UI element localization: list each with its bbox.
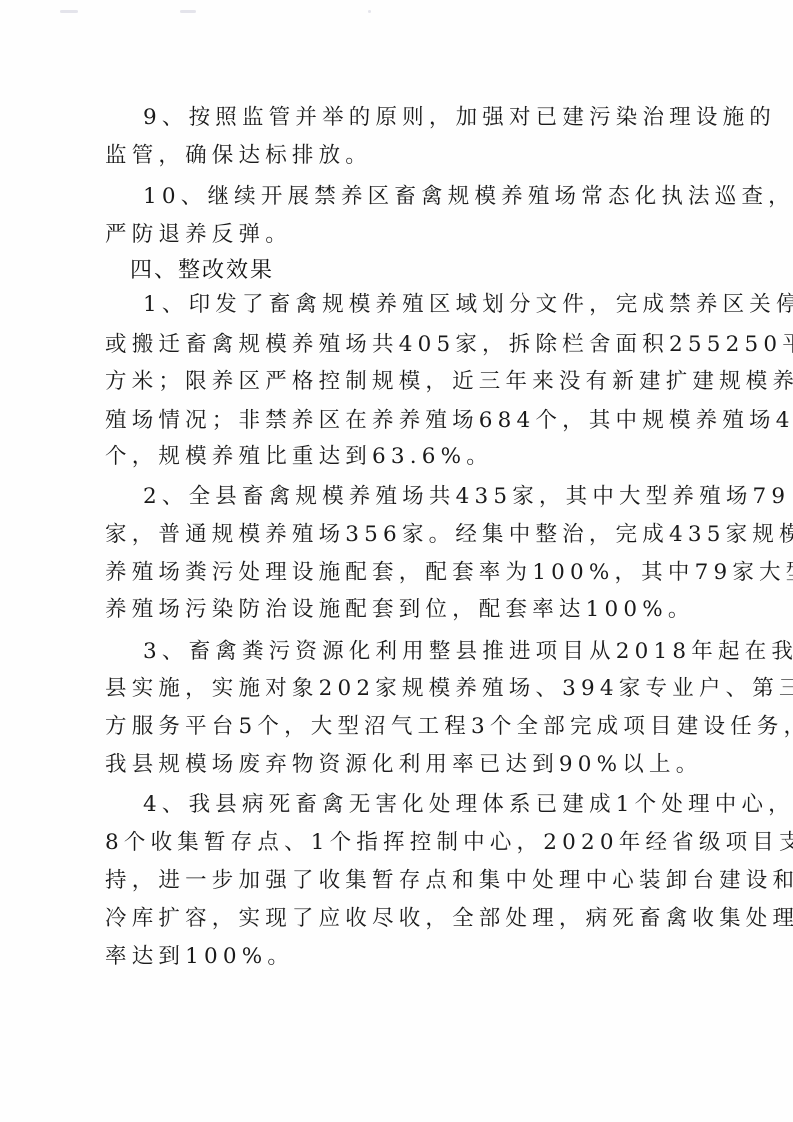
document-page: 9、按照监管并举的原则，加强对已建污染治理设施的 监管，确保达标排放。 10、继… [0, 0, 793, 1122]
paragraph-line: 9、按照监管并举的原则，加强对已建污染治理设施的 [143, 103, 703, 133]
scan-artifact [180, 10, 196, 13]
scan-artifact [60, 10, 78, 13]
paragraph-line: 率达到100%。 [105, 942, 665, 972]
paragraph-line: 1、印发了畜禽规模养殖区域划分文件，完成禁养区关停 [143, 290, 703, 320]
paragraph-line: 4、我县病死畜禽无害化处理体系已建成1个处理中心， [143, 790, 703, 820]
paragraph-line: 10、继续开展禁养区畜禽规模养殖场常态化执法巡查， [143, 182, 703, 212]
paragraph-line: 8个收集暂存点、1个指挥控制中心，2020年经省级项目支 [105, 828, 665, 858]
paragraph-line: 养殖场粪污处理设施配套，配套率为100%，其中79家大型 [105, 558, 665, 588]
paragraph-line: 方服务平台5个，大型沼气工程3个全部完成项目建设任务， [105, 712, 665, 742]
paragraph-line: 方米；限养区严格控制规模，近三年来没有新建扩建规模养 [105, 367, 665, 397]
paragraph-line: 冷库扩容，实现了应收尽收，全部处理，病死畜禽收集处理 [105, 904, 665, 934]
paragraph-line: 我县规模场废弃物资源化利用率已达到90%以上。 [105, 750, 665, 780]
paragraph-line: 3、畜禽粪污资源化利用整县推进项目从2018年起在我 [143, 637, 703, 667]
paragraph-line: 养殖场污染防治设施配套到位，配套率达100%。 [105, 595, 665, 625]
scan-artifacts [0, 10, 793, 18]
paragraph-line: 或搬迁畜禽规模养殖场共405家，拆除栏舍面积255250平 [105, 330, 665, 360]
paragraph-line: 家，普通规模养殖场356家。经集中整治，完成435家规模 [105, 520, 665, 550]
paragraph-line: 2、全县畜禽规模养殖场共435家，其中大型养殖场79 [143, 482, 703, 512]
section-heading: 四、整改效果 [130, 256, 690, 286]
paragraph-line: 持，进一步加强了收集暂存点和集中处理中心装卸台建设和 [105, 866, 665, 896]
paragraph-line: 严防退养反弹。 [105, 220, 665, 250]
scan-artifact [368, 10, 371, 13]
paragraph-line: 县实施，实施对象202家规模养殖场、394家专业户、第三 [105, 674, 665, 704]
paragraph-line: 监管，确保达标排放。 [105, 141, 665, 171]
paragraph-line: 个，规模养殖比重达到63.6%。 [105, 442, 665, 472]
paragraph-line: 殖场情况；非禁养区在养养殖场684个，其中规模养殖场435 [105, 406, 665, 436]
